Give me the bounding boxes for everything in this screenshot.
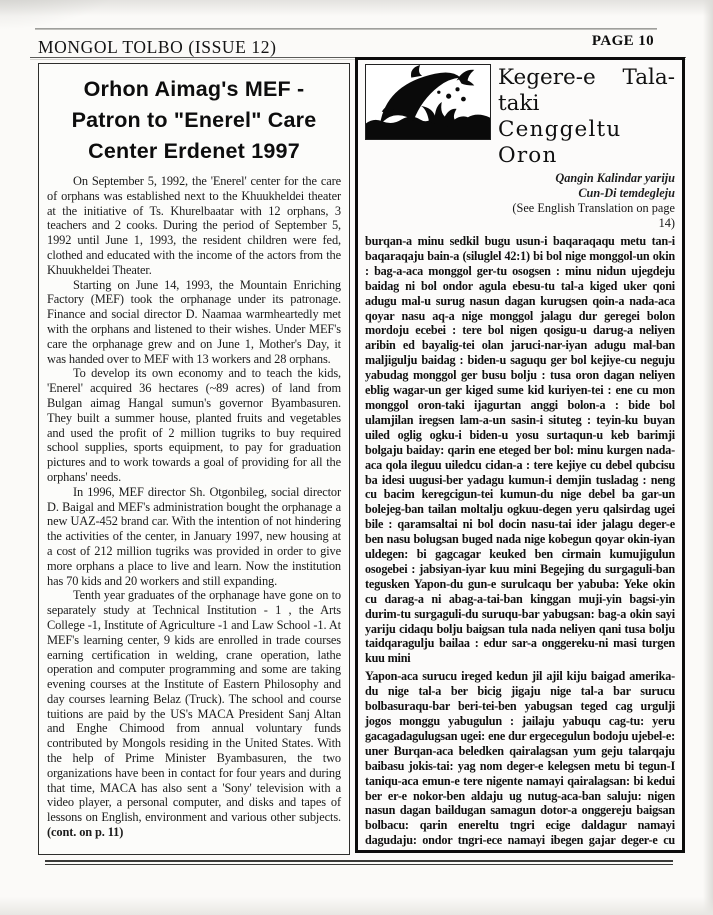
masthead: MONGOL TOLBO (ISSUE 12) PAGE 10 bbox=[38, 33, 658, 57]
translation-note: (See English Translation on page 14) bbox=[498, 201, 675, 231]
right-article-titles: Kegere-e Tala-taki Cenggeltu Oron Qangin… bbox=[498, 64, 675, 231]
right-title-line-1: Kegere-e Tala-taki bbox=[498, 65, 675, 117]
mongolian-text-paragraph: burqan-a minu sedkil bugu usun-i baqaraq… bbox=[365, 234, 675, 666]
byline-recorder: Cun-Di temdegleju bbox=[498, 186, 675, 200]
scan-edge-bottom bbox=[0, 897, 713, 915]
article-paragraph: To develop its own economy and to teach … bbox=[47, 366, 341, 484]
byline-speaker: Qangin Kalindar yariju bbox=[498, 171, 675, 185]
paragraph-text: Tenth year graduates of the orphanage ha… bbox=[47, 588, 341, 824]
article-paragraph: Starting on June 14, 1993, the Mountain … bbox=[47, 278, 341, 367]
dolphin-waves-logo-icon bbox=[365, 64, 491, 140]
continuation-note: (cont. on p. 11) bbox=[47, 825, 123, 839]
right-article: Kegere-e Tala-taki Cenggeltu Oron Qangin… bbox=[355, 57, 685, 853]
scan-edge-right bbox=[703, 0, 713, 915]
article-paragraph: In 1996, MEF director Sh. Otgonbileg, so… bbox=[47, 485, 341, 589]
article-paragraph: On September 5, 1992, the 'Enerel' cente… bbox=[47, 174, 341, 278]
right-title-line-2: Cenggeltu Oron bbox=[498, 117, 675, 169]
left-article-title: Orhon Aimag's MEF - Patron to "Enerel" C… bbox=[47, 74, 341, 167]
newsletter-title: MONGOL TOLBO (ISSUE 12) bbox=[38, 37, 277, 58]
top-rule bbox=[35, 28, 657, 30]
title-line-2: Patron to "Enerel" Care bbox=[72, 108, 317, 132]
right-article-header: Kegere-e Tala-taki Cenggeltu Oron Qangin… bbox=[365, 64, 675, 231]
mongolian-text-paragraph: Yapon-aca surucu ireged kedun jil ajil k… bbox=[365, 669, 675, 853]
scan-smudge-top-left bbox=[0, 0, 120, 30]
article-paragraph: Tenth year graduates of the orphanage ha… bbox=[47, 588, 341, 840]
left-article: Orhon Aimag's MEF - Patron to "Enerel" C… bbox=[38, 63, 350, 855]
bottom-rule bbox=[45, 860, 673, 865]
title-line-1: Orhon Aimag's MEF - bbox=[84, 77, 305, 101]
page-number: PAGE 10 bbox=[592, 33, 654, 50]
title-line-3: Center Erdenet 1997 bbox=[88, 139, 300, 163]
